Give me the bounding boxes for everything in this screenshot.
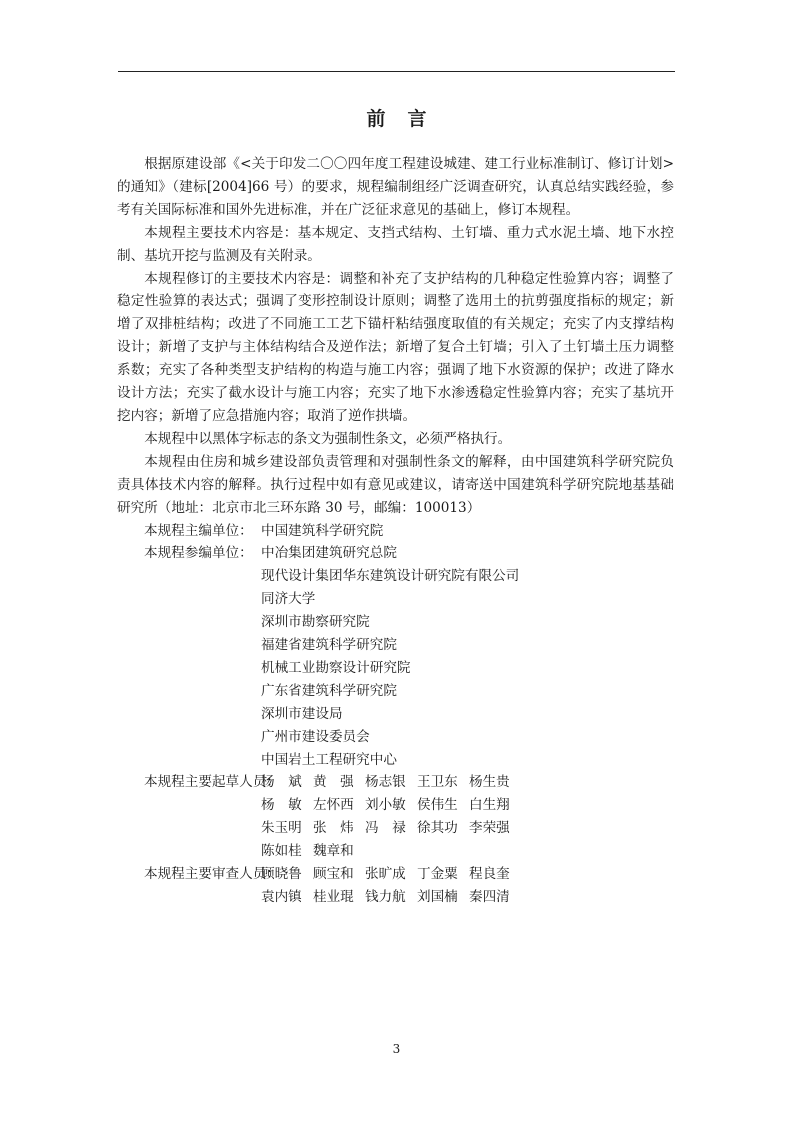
chief-editor-label: 本规程主编单位： [117,520,261,543]
drafter-name: 朱玉明 [261,817,313,840]
co-editor-item: 广东省建筑科学研究院 [261,680,674,703]
reviewer-name: 桂业琨 [313,886,365,909]
reviewers-row: 本规程主要审查人员： 顾晓鲁 顾宝和 张旷成 丁金粟 程良奎 袁内镇 桂业琨 钱… [117,863,674,909]
page-number: 3 [0,1042,793,1056]
drafters-list: 杨 斌 黄 强 杨志银 王卫东 杨生贵 杨 敏 左怀西 刘小敏 侯伟生 白生翔 … [261,771,674,863]
drafter-name: 白生翔 [469,794,521,817]
drafter-name: 杨 敏 [261,794,313,817]
co-editor-item: 机械工业勘察设计研究院 [261,657,674,680]
paragraph-main-content: 本规程主要技术内容是：基本规定、支挡式结构、土钉墙、重力式水泥土墙、地下水控制、… [117,222,674,268]
reviewer-name: 秦四清 [469,886,521,909]
reviewers-list: 顾晓鲁 顾宝和 张旷成 丁金粟 程良奎 袁内镇 桂业琨 钱力航 刘国楠 秦四清 [261,863,674,909]
drafter-name: 徐其功 [417,817,469,840]
paragraph-mandatory: 本规程中以黑体字标志的条文为强制性条文，必须严格执行。 [117,428,674,451]
drafters-row: 本规程主要起草人员： 杨 斌 黄 强 杨志银 王卫东 杨生贵 杨 敏 左怀西 刘… [117,771,674,863]
paragraph-revisions: 本规程修订的主要技术内容是：调整和补充了支护结构的几种稳定性验算内容；调整了稳定… [117,268,674,428]
drafter-name: 侯伟生 [417,794,469,817]
header-rule [118,71,675,72]
co-editor-item: 深圳市建设局 [261,703,674,726]
co-editor-item: 现代设计集团华东建筑设计研究院有限公司 [261,565,674,588]
drafter-name: 王卫东 [417,771,469,794]
drafter-name: 张 炜 [313,817,365,840]
drafter-name: 左怀西 [313,794,365,817]
title-char-1: 前 [366,104,385,131]
reviewer-name: 顾晓鲁 [261,863,313,886]
chief-editor-row: 本规程主编单位： 中国建筑科学研究院 [117,520,674,543]
reviewer-name: 程良奎 [469,863,521,886]
drafter-name: 杨 斌 [261,771,313,794]
co-editor-item: 深圳市勘察研究院 [261,611,674,634]
drafter-name: 杨生贵 [469,771,521,794]
co-editor-item: 广州市建设委员会 [261,726,674,749]
chief-editor-value: 中国建筑科学研究院 [261,520,674,543]
reviewer-name: 顾宝和 [313,863,365,886]
drafter-name: 陈如桂 [261,840,313,863]
reviewer-name: 张旷成 [365,863,417,886]
co-editors-list: 中冶集团建筑研究总院 现代设计集团华东建筑设计研究院有限公司 同济大学 深圳市勘… [261,542,674,771]
co-editor-item: 福建省建筑科学研究院 [261,634,674,657]
paragraph-management: 本规程由住房和城乡建设部负责管理和对强制性条文的解释，由中国建筑科学研究院负责具… [117,451,674,520]
drafter-name: 黄 强 [313,771,365,794]
reviewer-name: 袁内镇 [261,886,313,909]
drafter-name: 杨志银 [365,771,417,794]
drafter-name: 李荣强 [469,817,521,840]
page-title: 前言 [0,104,793,131]
preface-body: 根据原建设部《<关于印发二〇〇四年度工程建设城建、建工行业标准制订、修订计划>的… [117,153,674,909]
paragraph-origin: 根据原建设部《<关于印发二〇〇四年度工程建设城建、建工行业标准制订、修订计划>的… [117,153,674,222]
reviewer-name: 钱力航 [365,886,417,909]
drafter-name: 魏章和 [313,840,365,863]
title-char-2: 言 [408,104,427,131]
drafter-name: 冯 禄 [365,817,417,840]
co-editors-label: 本规程参编单位： [117,542,261,771]
co-editor-item: 同济大学 [261,588,674,611]
co-editor-item: 中冶集团建筑研究总院 [261,542,674,565]
drafter-name: 刘小敏 [365,794,417,817]
reviewers-label: 本规程主要审查人员： [117,863,261,909]
drafters-label: 本规程主要起草人员： [117,771,261,863]
reviewer-name: 刘国楠 [417,886,469,909]
reviewer-name: 丁金粟 [417,863,469,886]
co-editors-row: 本规程参编单位： 中冶集团建筑研究总院 现代设计集团华东建筑设计研究院有限公司 … [117,542,674,771]
co-editor-item: 中国岩土工程研究中心 [261,749,674,772]
